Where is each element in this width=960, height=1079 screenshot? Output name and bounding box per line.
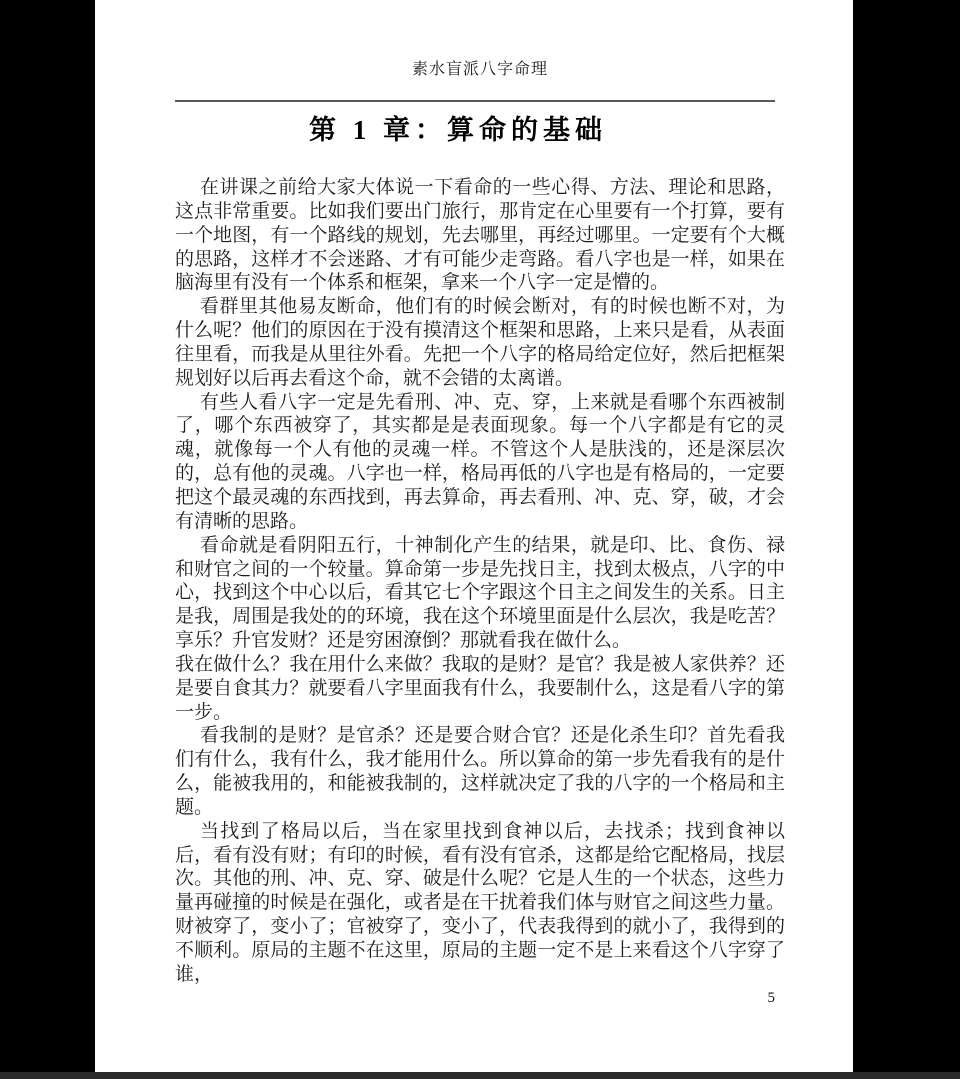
body-text: 在讲课之前给大家大体说一下看命的一些心得、方法、理论和思路，这点非常重要。比如我…	[175, 176, 785, 987]
page-number: 5	[175, 990, 785, 1007]
paragraph: 在讲课之前给大家大体说一下看命的一些心得、方法、理论和思路，这点非常重要。比如我…	[175, 176, 785, 295]
paragraph: 看群里其他易友断命，他们有的时候会断对，有的时候也断不对，为什么呢？他们的原因在…	[175, 295, 785, 390]
chapter-title: 第 1 章：算命的基础	[153, 114, 763, 146]
viewer-bottom-bar	[0, 1072, 960, 1079]
paragraph: 有些人看八字一定是先看刑、冲、克、穿，上来就是看哪个东西被制了，哪个东西被穿了，…	[175, 391, 785, 534]
paragraph: 看我制的是财？是官杀？还是要合财合官？还是化杀生印？首先看我们有什么，我有什么，…	[175, 724, 785, 819]
viewer-background: { "frame": { "side_color": "#000000", "b…	[0, 0, 960, 1079]
document-page: 素水盲派八字命理 第 1 章：算命的基础 在讲课之前给大家大体说一下看命的一些心…	[95, 0, 853, 1072]
running-header: 素水盲派八字命理	[175, 60, 785, 80]
paragraph: 当找到了格局以后，当在家里找到食神以后，去找杀；找到食神以后，看有没有财；有印的…	[175, 820, 785, 987]
paragraph: 我在做什么？我在用什么来做？我取的是财？是官？我是被人家供养？还是要自食其力？就…	[175, 653, 785, 725]
paragraph: 看命就是看阴阳五行，十神制化产生的结果，就是印、比、食伤、禄和财官之间的一个较量…	[175, 534, 785, 653]
header-divider	[175, 100, 775, 102]
